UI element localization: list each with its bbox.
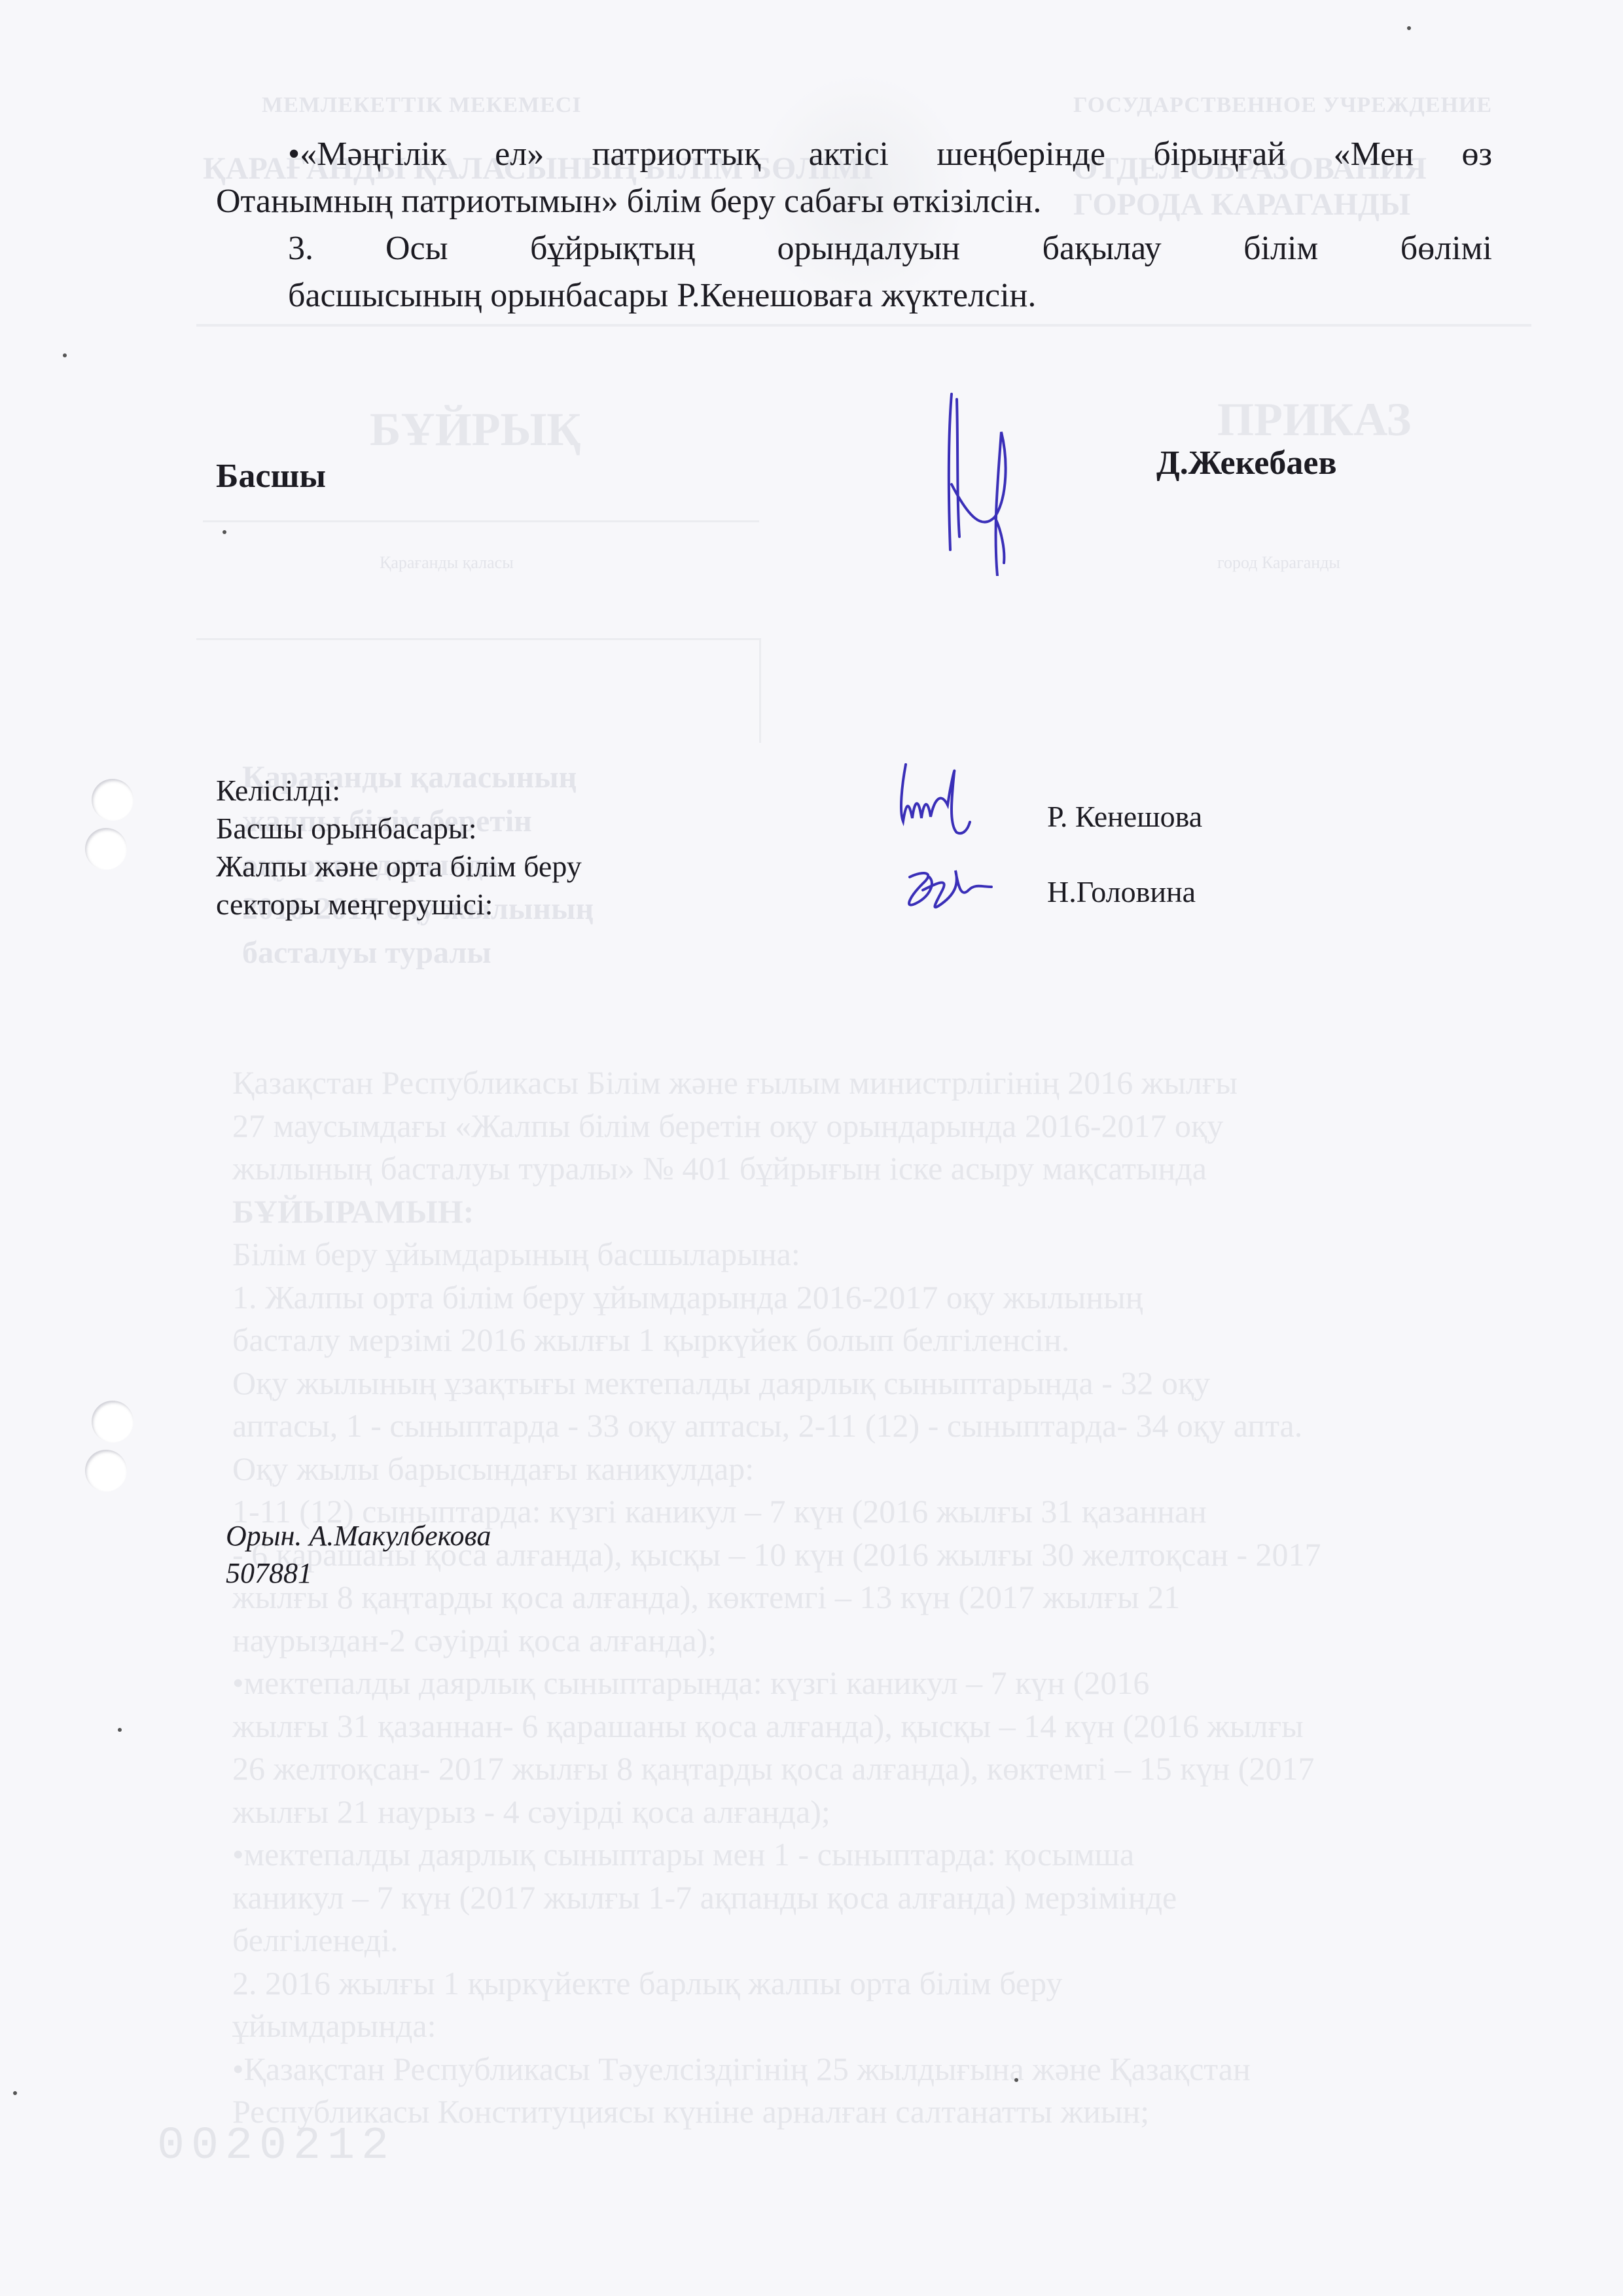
sector-label-line-1: Жалпы және орта білім беру — [216, 852, 582, 882]
signature-deputy-icon — [897, 759, 982, 838]
ghost-city-right: город Караганды — [1217, 553, 1340, 573]
scan-speck — [13, 2091, 17, 2095]
punch-hole — [85, 828, 127, 870]
ghost-title-left: БҰЙРЫҚ — [370, 403, 581, 457]
scan-speck — [223, 530, 226, 534]
punch-hole — [92, 1401, 134, 1443]
bullet-text: «Мәңгілік ел» патриоттық актісі шеңберін… — [300, 135, 1492, 173]
ghost-subject-line: басталуы туралы — [242, 935, 594, 971]
punch-hole — [92, 779, 134, 821]
deputy-name: Р. Кенешова — [1047, 802, 1202, 832]
ghost-body-line: •Қазақстан Республикасы Тәуелсіздігінің … — [232, 2050, 1515, 2093]
ghost-body-line: жылының басталуы туралы» № 401 бұйрығын … — [232, 1149, 1515, 1193]
ghost-body-line: басталу мерзімі 2016 жылғы 1 қыркүйек бо… — [232, 1321, 1515, 1364]
ghost-body-line: Оқу жылы барысындағы каникулдар: — [232, 1450, 1515, 1493]
ghost-body-line: Республикасы Конституциясы күніне арналғ… — [232, 2092, 1515, 2136]
ghost-body-line: жылғы 31 қазаннан- 6 қарашаны қоса алған… — [232, 1707, 1515, 1750]
ghost-body-line: аптасы, 1 - сыныптарда - 33 оқу аптасы, … — [232, 1407, 1515, 1450]
bullet-icon: • — [288, 135, 300, 173]
ghost-body-line: 2. 2016 жылғы 1 қыркүйекте барлық жалпы … — [232, 1964, 1515, 2007]
ghost-body-line: •мектепалды даярлық сыныптары мен 1 - сы… — [232, 1835, 1515, 1878]
ghost-body-line: 27 маусымдағы «Жалпы білім беретін оқу о… — [232, 1107, 1515, 1150]
ghost-bracket-top — [196, 638, 759, 640]
signer-name: Д.Жекебаев — [1156, 446, 1337, 480]
scan-speck — [1014, 2078, 1018, 2082]
ghost-body-text: Қазақстан Республикасы Білім және ғылым … — [232, 1064, 1515, 2136]
deputy-label: Басшы орынбасары: — [216, 814, 477, 844]
ghost-body-line: •мектепалды даярлық сыныптарында: күзгі … — [232, 1664, 1515, 1707]
item-3-text: Осы бұйрықтың орындалуын бақылау білім б… — [385, 230, 1492, 267]
executor-name: Орын. А.Макулбекова — [226, 1522, 491, 1551]
ghost-body-line: Білім беру ұйымдарының басшыларына: — [232, 1235, 1515, 1278]
ghost-body-line: каникул – 7 күн (2017 жылғы 1-7 ақпанды … — [232, 1878, 1515, 1922]
ghost-body-line: жылғы 21 наурыз - 4 сәуірді қоса алғанда… — [232, 1793, 1515, 1836]
ghost-body-line: 1. Жалпы орта білім беру ұйымдарында 201… — [232, 1278, 1515, 1321]
item-3-line-1: 3.Осы бұйрықтың орындалуын бақылау білім… — [288, 232, 1492, 266]
scan-speck — [118, 1728, 122, 1732]
ghost-header-left: МЕМЛЕКЕТТІК МЕКЕМЕСІ — [262, 93, 582, 118]
signature-head-icon — [942, 386, 1027, 576]
item-3-line-2: басшысының орынбасары Р.Кенешоваға жүкте… — [288, 279, 1036, 313]
bullet-paragraph-line-2: Отанымның патриотымын» білім беру сабағы… — [216, 185, 1041, 219]
sector-head-name: Н.Головина — [1047, 877, 1196, 907]
ghost-body-line: 26 желтоқсан- 2017 жылғы 8 қаңтарды қоса… — [232, 1749, 1515, 1793]
bullet-paragraph-line-1: •«Мәңгілік ел» патриоттық актісі шеңбері… — [288, 137, 1492, 171]
position-label: Басшы — [216, 459, 326, 493]
ghost-serial-number: 0020212 — [157, 2121, 395, 2172]
sector-label-line-2: секторы меңгерушісі: — [216, 889, 493, 920]
ghost-bracket-right — [759, 638, 761, 743]
ghost-header-rule — [196, 324, 1531, 327]
ghost-body-line: белгіленеді. — [232, 1921, 1515, 1964]
executor-phone: 507881 — [226, 1559, 312, 1588]
ghost-date-underline — [203, 520, 759, 522]
ghost-body-line: ұйымдарында: — [232, 2007, 1515, 2050]
ghost-header-right: ГОСУДАРСТВЕННОЕ УЧРЕЖДЕНИЕ — [1073, 93, 1492, 118]
scan-speck — [63, 353, 67, 357]
signature-sector-head-icon — [897, 857, 995, 916]
ghost-body-line: Қазақстан Республикасы Білім және ғылым … — [232, 1064, 1515, 1107]
ghost-body-line: наурыздан-2 сәуірді қоса алғанда); — [232, 1621, 1515, 1664]
ghost-title-right: ПРИКАЗ — [1217, 393, 1411, 447]
scan-speck — [1407, 26, 1411, 30]
item-3-number: 3. — [288, 230, 313, 267]
ghost-city-left: Қарағанды қаласы — [380, 553, 514, 573]
ghost-body-line: жылғы 8 қаңтарды қоса алғанда), көктемгі… — [232, 1578, 1515, 1621]
ghost-body-line: БҰЙЫРАМЫН: — [232, 1193, 1515, 1236]
ghost-body-line: Оқу жылының ұзақтығы мектепалды даярлық … — [232, 1364, 1515, 1407]
punch-hole — [85, 1450, 127, 1492]
agreed-label: Келісілді: — [216, 776, 340, 806]
